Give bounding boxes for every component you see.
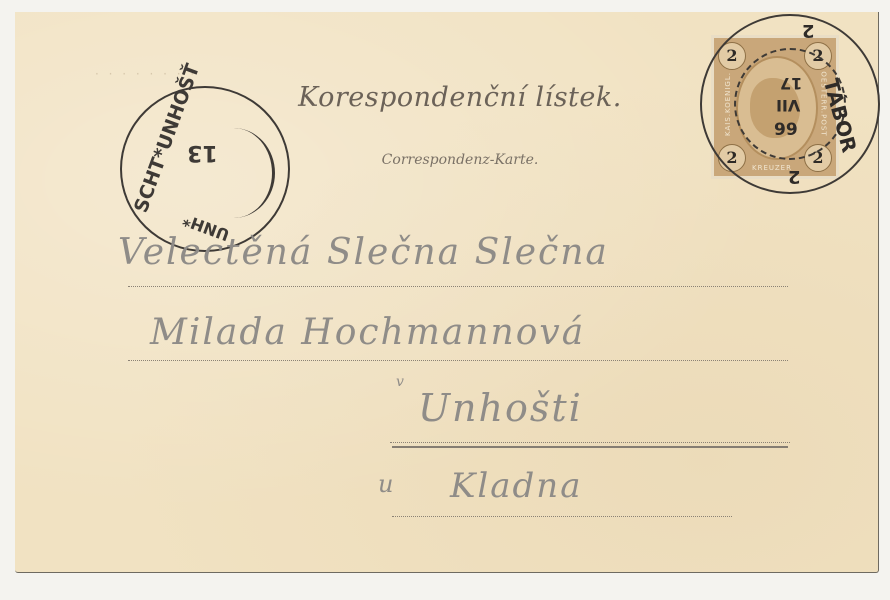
postmark-date-month: VII <box>776 96 800 115</box>
address-line-4-prefix: u <box>378 470 395 498</box>
postmark-tabor: TÁBOR 2 2 17 VII 99 <box>700 14 880 194</box>
postmark-date-year: 99 <box>774 120 798 140</box>
address-line-1: Velectěná Slečna Slečna <box>118 232 609 273</box>
postcard-heading: Korespondenční lístek. <box>270 82 650 113</box>
postmark-top-number: 2 <box>802 20 815 41</box>
postcard-subheading: Correspondenz-Karte. <box>335 152 585 168</box>
address-rule-4 <box>392 516 732 517</box>
postmark-date-day: 17 <box>780 74 802 93</box>
address-rule-1 <box>128 286 788 287</box>
address-line-3: Unhošti <box>418 386 583 430</box>
postmark-unhost: SCHT*UNHOŠŤ UNH* 13 <box>120 86 290 252</box>
address-rule-3-dotted <box>390 442 790 443</box>
address-line-2: Milada Hochmannová <box>150 312 585 353</box>
postmark-bottom-number: 2 <box>788 166 801 187</box>
address-rule-2 <box>128 360 788 361</box>
address-rule-3-solid <box>392 446 788 448</box>
address-line-3-prefix: v <box>396 374 406 390</box>
address-line-4: Kladna <box>450 466 582 506</box>
postmark-date: 13 <box>187 140 218 165</box>
